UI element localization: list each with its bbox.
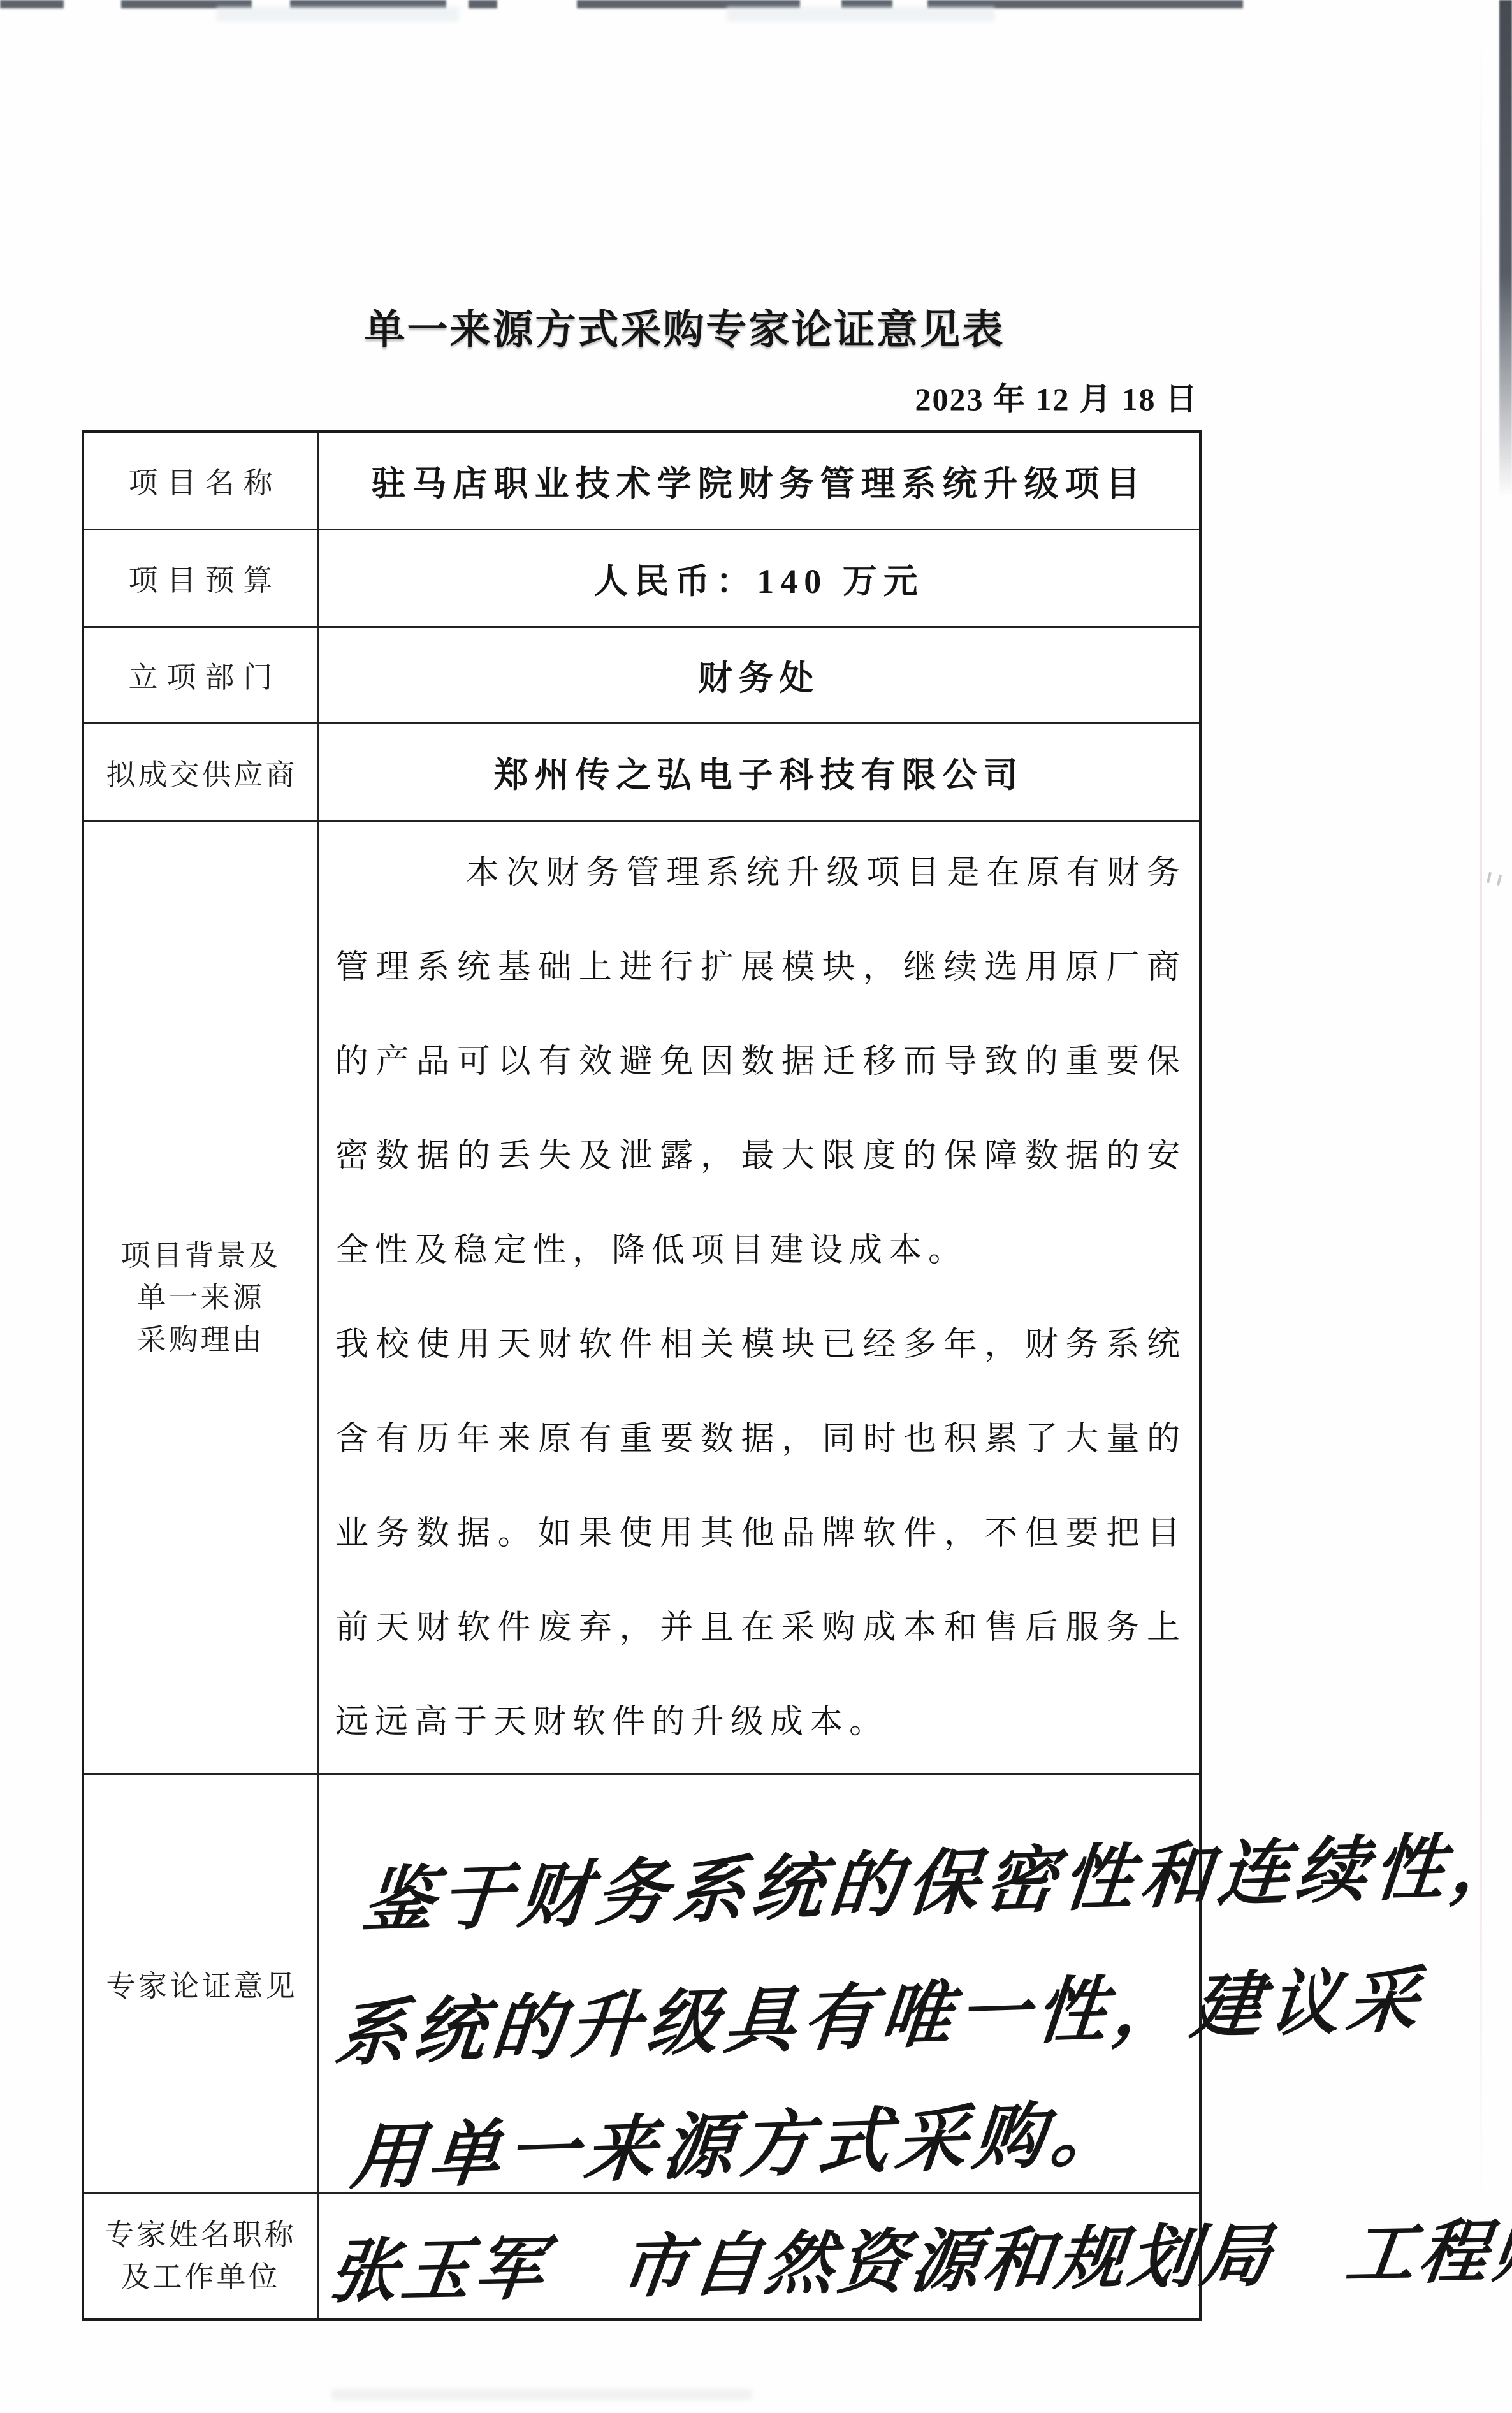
- label-background-reason-line2: 单一来源: [137, 1277, 265, 1319]
- background-paragraph-2: 我校使用天财软件相关模块已经多年，财务系统含有历年来原有重要数据，同时也积累了大…: [335, 1298, 1186, 1770]
- value-proposed-supplier: 郑州传之弘电子科技有限公司: [319, 724, 1199, 822]
- scan-speck: [1497, 875, 1502, 886]
- scan-smear: [331, 2389, 752, 2400]
- page-title: 单一来源方式采购专家论证意见表: [365, 297, 1005, 356]
- label-project-name: 项目名称: [84, 433, 319, 530]
- scan-edge-shadow: [1499, 0, 1512, 497]
- label-expert-name-unit-line2: 及工作单位: [121, 2256, 280, 2298]
- document-date: 2023 年 12 月 18 日: [915, 374, 1199, 419]
- value-project-name: 驻马店职业技术学院财务管理系统升级项目: [319, 433, 1199, 530]
- label-project-budget: 项目预算: [84, 530, 319, 628]
- label-initiating-department: 立项部门: [84, 628, 319, 724]
- label-background-reason: 项目背景及 单一来源 采购理由: [84, 822, 319, 1775]
- background-paragraph-1: 本次财务管理系统升级项目是在原有财务管理系统基础上进行扩展模块，继续选用原厂商的…: [335, 826, 1186, 1298]
- label-expert-name-unit-line1: 专家姓名职称: [105, 2214, 296, 2256]
- scan-haze: [727, 6, 994, 22]
- scanned-document-page: 单一来源方式采购专家论证意见表 2023 年 12 月 18 日 项目名称 驻马…: [0, 0, 1512, 2413]
- scan-haze: [217, 6, 459, 22]
- scan-speck: [1487, 872, 1492, 883]
- scan-smudge: [0, 0, 64, 8]
- label-expert-name-unit: 专家姓名职称 及工作单位: [84, 2194, 319, 2318]
- value-expert-opinion: 鉴于财务系统的保密性和连续性， 系统的升级具有唯一性，建议采 用单一来源方式采购…: [319, 1775, 1199, 2194]
- value-initiating-department: 财务处: [319, 628, 1199, 724]
- value-expert-signature: 张玉军 市自然资源和规划局 工程师: [319, 2194, 1199, 2318]
- handwritten-opinion-line3: 用单一来源方式采购。: [347, 2076, 1134, 2204]
- scan-smudge: [469, 0, 497, 8]
- label-background-reason-line3: 采购理由: [137, 1319, 265, 1361]
- handwritten-signature: 张玉军 市自然资源和规划局 工程师: [324, 2195, 1512, 2315]
- label-proposed-supplier: 拟成交供应商: [84, 724, 319, 822]
- label-expert-opinion: 专家论证意见: [84, 1775, 319, 2194]
- value-project-budget: 人民币：140 万元: [319, 530, 1199, 628]
- value-background-reason: 本次财务管理系统升级项目是在原有财务管理系统基础上进行扩展模块，继续选用原厂商的…: [319, 822, 1199, 1775]
- handwritten-opinion-line1: 鉴于财务系统的保密性和连续性，: [359, 1807, 1512, 1947]
- handwritten-opinion-line2: 系统的升级具有唯一性，建议采: [332, 1943, 1430, 2080]
- form-table: 项目名称 驻马店职业技术学院财务管理系统升级项目 项目预算 人民币：140 万元…: [82, 430, 1202, 2321]
- label-background-reason-line1: 项目背景及: [121, 1235, 280, 1277]
